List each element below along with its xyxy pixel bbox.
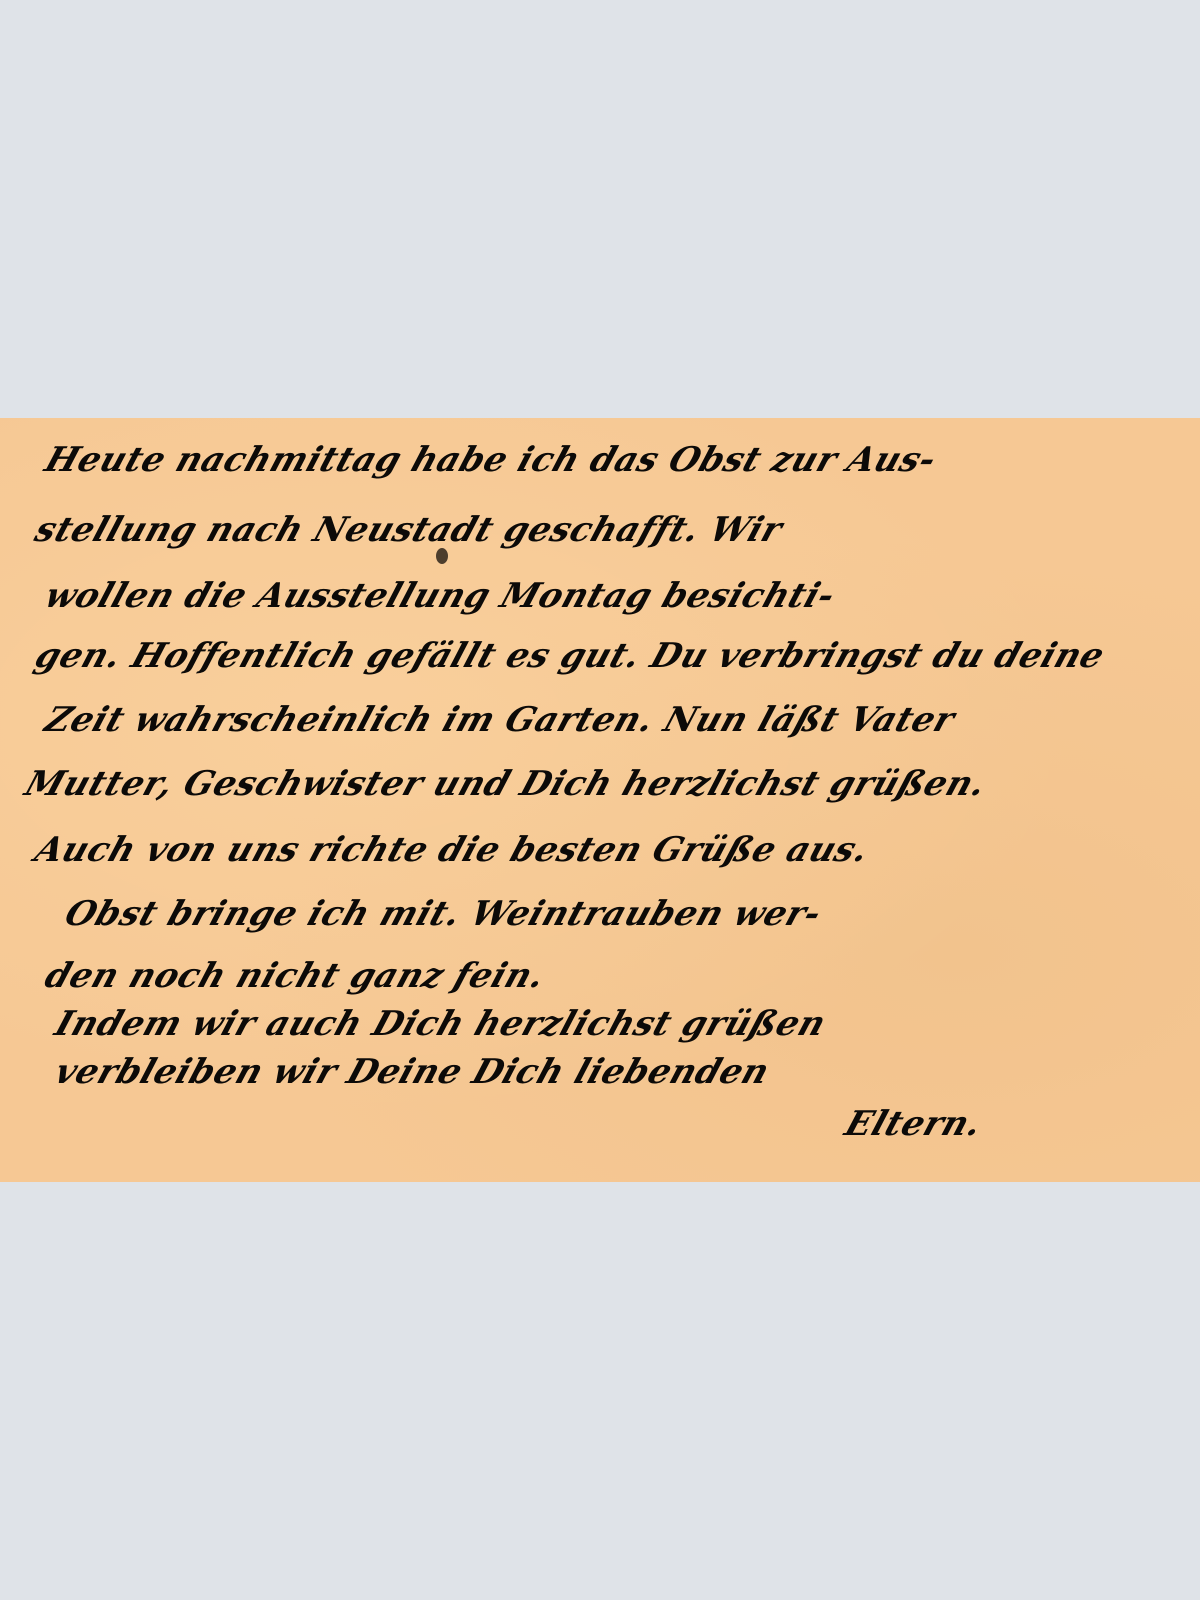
- handwritten-line-7: Auch von uns richte die besten Grüße aus…: [30, 830, 874, 870]
- handwritten-line-6: Mutter, Geschwister und Dich herzlichst …: [20, 764, 991, 804]
- postcard: Heute nachmittag habe ich das Obst zur A…: [0, 418, 1200, 1182]
- handwritten-line-5: Zeit wahrscheinlich im Garten. Nun läßt …: [40, 700, 960, 740]
- handwritten-line-2: stellung nach Neustadt geschafft. Wir: [30, 510, 788, 550]
- signature: Eltern.: [840, 1104, 987, 1144]
- handwritten-line-9: den noch nicht ganz fein.: [40, 956, 550, 996]
- closing-line-2: verbleiben wir Deine Dich liebenden: [50, 1052, 775, 1092]
- handwritten-line-8: Obst bringe ich mit. Weintrauben wer-: [60, 894, 827, 934]
- ink-blot: [436, 548, 448, 564]
- closing-line-1: Indem wir auch Dich herzlichst grüßen: [50, 1004, 831, 1044]
- handwritten-line-4: gen. Hoffentlich gefällt es gut. Du verb…: [30, 636, 1110, 676]
- handwritten-line-3: wollen die Ausstellung Montag besichti-: [40, 576, 840, 616]
- handwritten-line-1: Heute nachmittag habe ich das Obst zur A…: [40, 440, 941, 480]
